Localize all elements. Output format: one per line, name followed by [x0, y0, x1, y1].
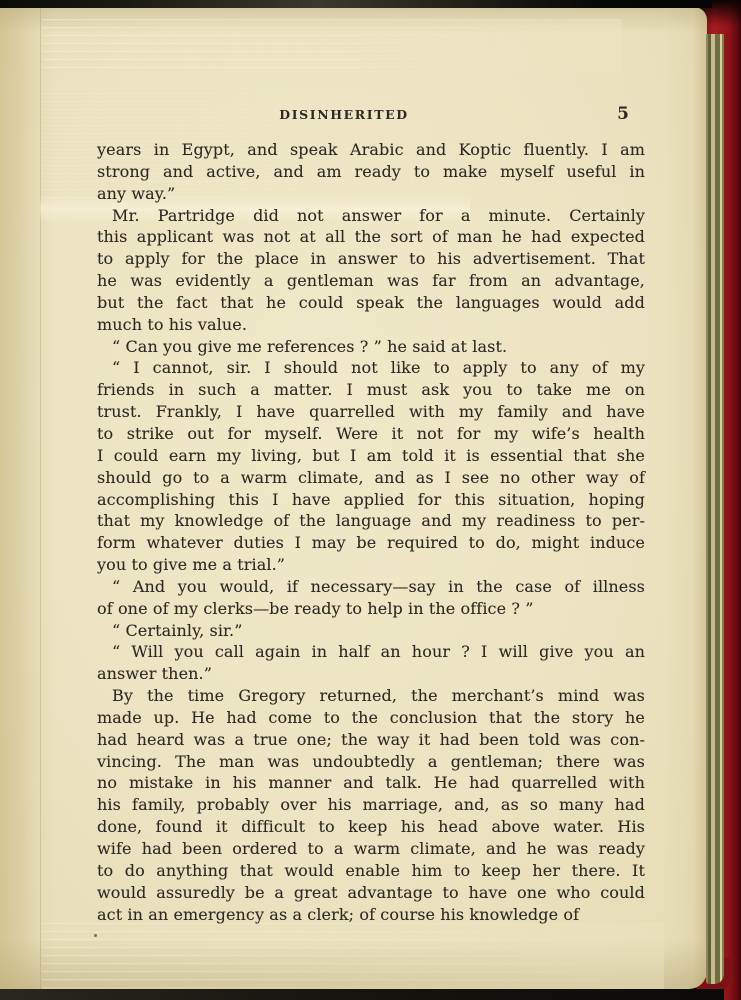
- text-line: of one of my clerks—be ready to help in …: [97, 598, 645, 620]
- text-line: his family, probably over his marriage, …: [97, 794, 645, 816]
- scan-edge-top: [0, 0, 712, 8]
- text-line: to strike out for myself. Were it not fo…: [97, 423, 645, 445]
- text-line: “ Certainly, sir.”: [97, 620, 645, 642]
- chapter-title: DISINHERITED: [70, 107, 618, 122]
- text-line: accomplishing this I have applied for th…: [97, 489, 645, 511]
- text-line: By the time Gregory returned, the mercha…: [97, 685, 645, 707]
- text-line: strong and active, and am ready to make …: [97, 161, 645, 183]
- page-edge-stack: [706, 34, 724, 984]
- binding-shade: [0, 7, 41, 989]
- text-line: much to his value.: [97, 314, 645, 336]
- paragraph: years in Egypt, and speak Arabic and Kop…: [97, 139, 645, 205]
- text-line: no mistake in his manner and talk. He ha…: [97, 772, 645, 794]
- paragraph: “ Will you call again in half an hour ? …: [97, 641, 645, 685]
- paragraph: Mr. Partridge did not answer for a minut…: [97, 205, 645, 336]
- text-line: to do anything that would enable him to …: [97, 860, 645, 882]
- book-page: DISINHERITED 5 years in Egypt, and speak…: [0, 7, 707, 989]
- text-line: had heard was a true one; the way it had…: [97, 729, 645, 751]
- text-line: that my knowledge of the language and my…: [97, 510, 645, 532]
- text-line: I could earn my living, but I am told it…: [97, 445, 645, 467]
- text-line: friends in such a matter. I must ask you…: [97, 379, 645, 401]
- text-line: to apply for the place in answer to his …: [97, 248, 645, 270]
- text-line: this applicant was not at all the sort o…: [97, 226, 645, 248]
- text-line: done, found it difficult to keep his hea…: [97, 816, 645, 838]
- body-text: years in Egypt, and speak Arabic and Kop…: [97, 139, 645, 925]
- book-scan: DISINHERITED 5 years in Egypt, and speak…: [0, 0, 741, 1000]
- paragraph: “ Certainly, sir.”: [97, 620, 645, 642]
- text-line: wife had been ordered to a warm climate,…: [97, 838, 645, 860]
- scan-streaks-top: [42, 19, 622, 75]
- text-line: years in Egypt, and speak Arabic and Kop…: [97, 139, 645, 161]
- paragraph: “ Can you give me references ? ” he said…: [97, 336, 645, 358]
- paragraph: “ I cannot, sir. I should not like to ap…: [97, 357, 645, 575]
- text-line: “ Can you give me references ? ” he said…: [97, 336, 645, 358]
- text-line: answer then.”: [97, 663, 645, 685]
- text-line: Mr. Partridge did not answer for a minut…: [97, 205, 645, 227]
- scan-edge-bottom: [0, 989, 724, 1000]
- scan-streaks-bottom: [42, 923, 664, 989]
- text-line: he was evidently a gentleman was far fro…: [97, 270, 645, 292]
- text-line: “ Will you call again in half an hour ? …: [97, 641, 645, 663]
- text-line: made up. He had come to the conclusion t…: [97, 707, 645, 729]
- text-line: you to give me a trial.”: [97, 554, 645, 576]
- text-line: “ And you would, if necessary—say in the…: [97, 576, 645, 598]
- page-number: 5: [617, 104, 629, 124]
- print-artifact-dot: [94, 934, 97, 937]
- running-header: DISINHERITED 5: [97, 107, 645, 127]
- text-line: act in an emergency as a clerk; of cours…: [97, 904, 645, 926]
- text-line: trust. Frankly, I have quarrelled with m…: [97, 401, 645, 423]
- paragraph: “ And you would, if necessary—say in the…: [97, 576, 645, 620]
- text-line: “ I cannot, sir. I should not like to ap…: [97, 357, 645, 379]
- text-line: but the fact that he could speak the lan…: [97, 292, 645, 314]
- text-line: vincing. The man was undoubtedly a gentl…: [97, 751, 645, 773]
- text-line: should go to a warm climate, and as I se…: [97, 467, 645, 489]
- paragraph: By the time Gregory returned, the mercha…: [97, 685, 645, 925]
- text-line: would assuredly be a great advantage to …: [97, 882, 645, 904]
- text-line: form whatever duties I may be required t…: [97, 532, 645, 554]
- text-line: any way.”: [97, 183, 645, 205]
